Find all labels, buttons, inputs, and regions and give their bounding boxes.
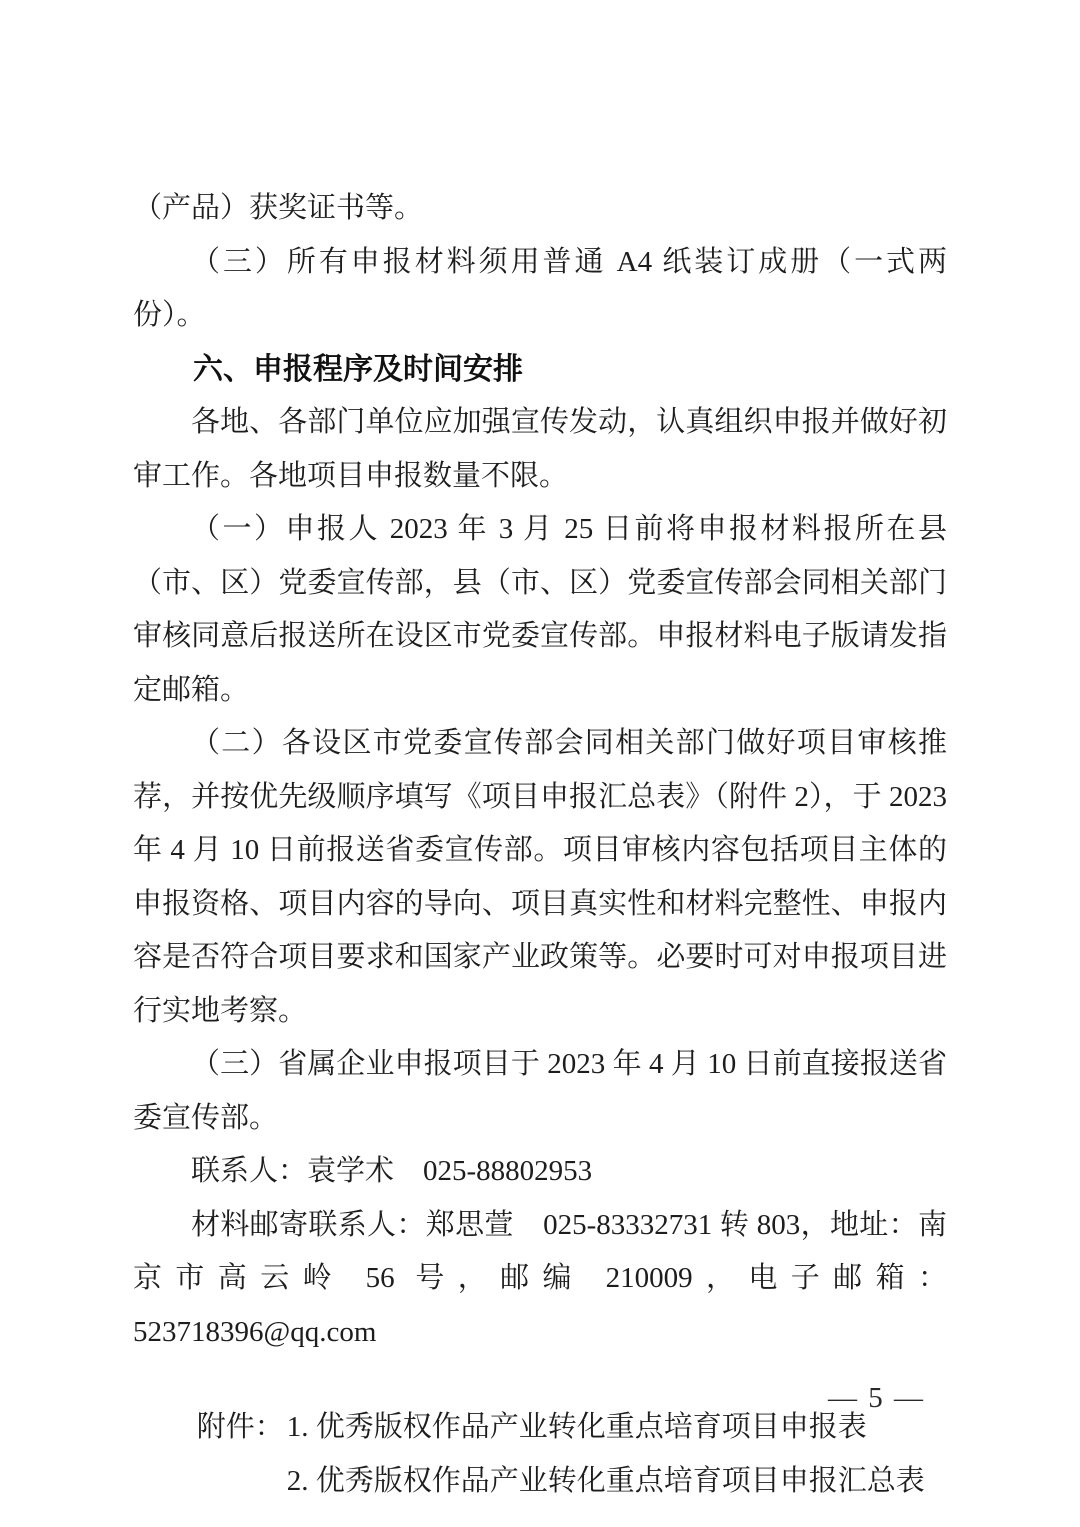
paragraph-item-three-province: （三）省属企业申报项目于 2023 年 4 月 10 日前直接报送省委宣传部。 [133,1038,947,1145]
contact-line: 联系人：袁学术 025-88802953 [133,1145,947,1199]
attachment-item-2: 2. 优秀版权作品产业转化重点培育项目申报汇总表 [287,1455,925,1509]
paragraph-continuation: （产品）获奖证书等。 [133,182,947,236]
mailing-contact-line: 材料邮寄联系人：郑思萱 025-83332731 转 803，地址：南京市高云岭… [133,1199,947,1360]
document-page: （产品）获奖证书等。 （三）所有申报材料须用普通 A4 纸装订成册（一式两份）。… [0,0,1080,1527]
paragraph-item-one: （一）申报人 2023 年 3 月 25 日前将申报材料报所在县（市、区）党委宣… [133,503,947,717]
paragraph-item-three-materials: （三）所有申报材料须用普通 A4 纸装订成册（一式两份）。 [133,236,947,343]
attachments-list: 1. 优秀版权作品产业转化重点培育项目申报表 2. 优秀版权作品产业转化重点培育… [287,1401,925,1508]
attachments-label: 附件： [197,1401,284,1455]
paragraph-intro: 各地、各部门单位应加强宣传发动，认真组织申报并做好初审工作。各地项目申报数量不限… [133,396,947,503]
page-number: — 5 — [828,1382,925,1415]
section-heading-six: 六、申报程序及时间安排 [133,343,947,397]
document-body: （产品）获奖证书等。 （三）所有申报材料须用普通 A4 纸装订成册（一式两份）。… [133,182,947,1508]
paragraph-item-two: （二）各设区市党委宣传部会同相关部门做好项目审核推荐，并按优先级顺序填写《项目申… [133,717,947,1038]
attachments-block: 附件： 1. 优秀版权作品产业转化重点培育项目申报表 2. 优秀版权作品产业转化… [197,1401,947,1508]
